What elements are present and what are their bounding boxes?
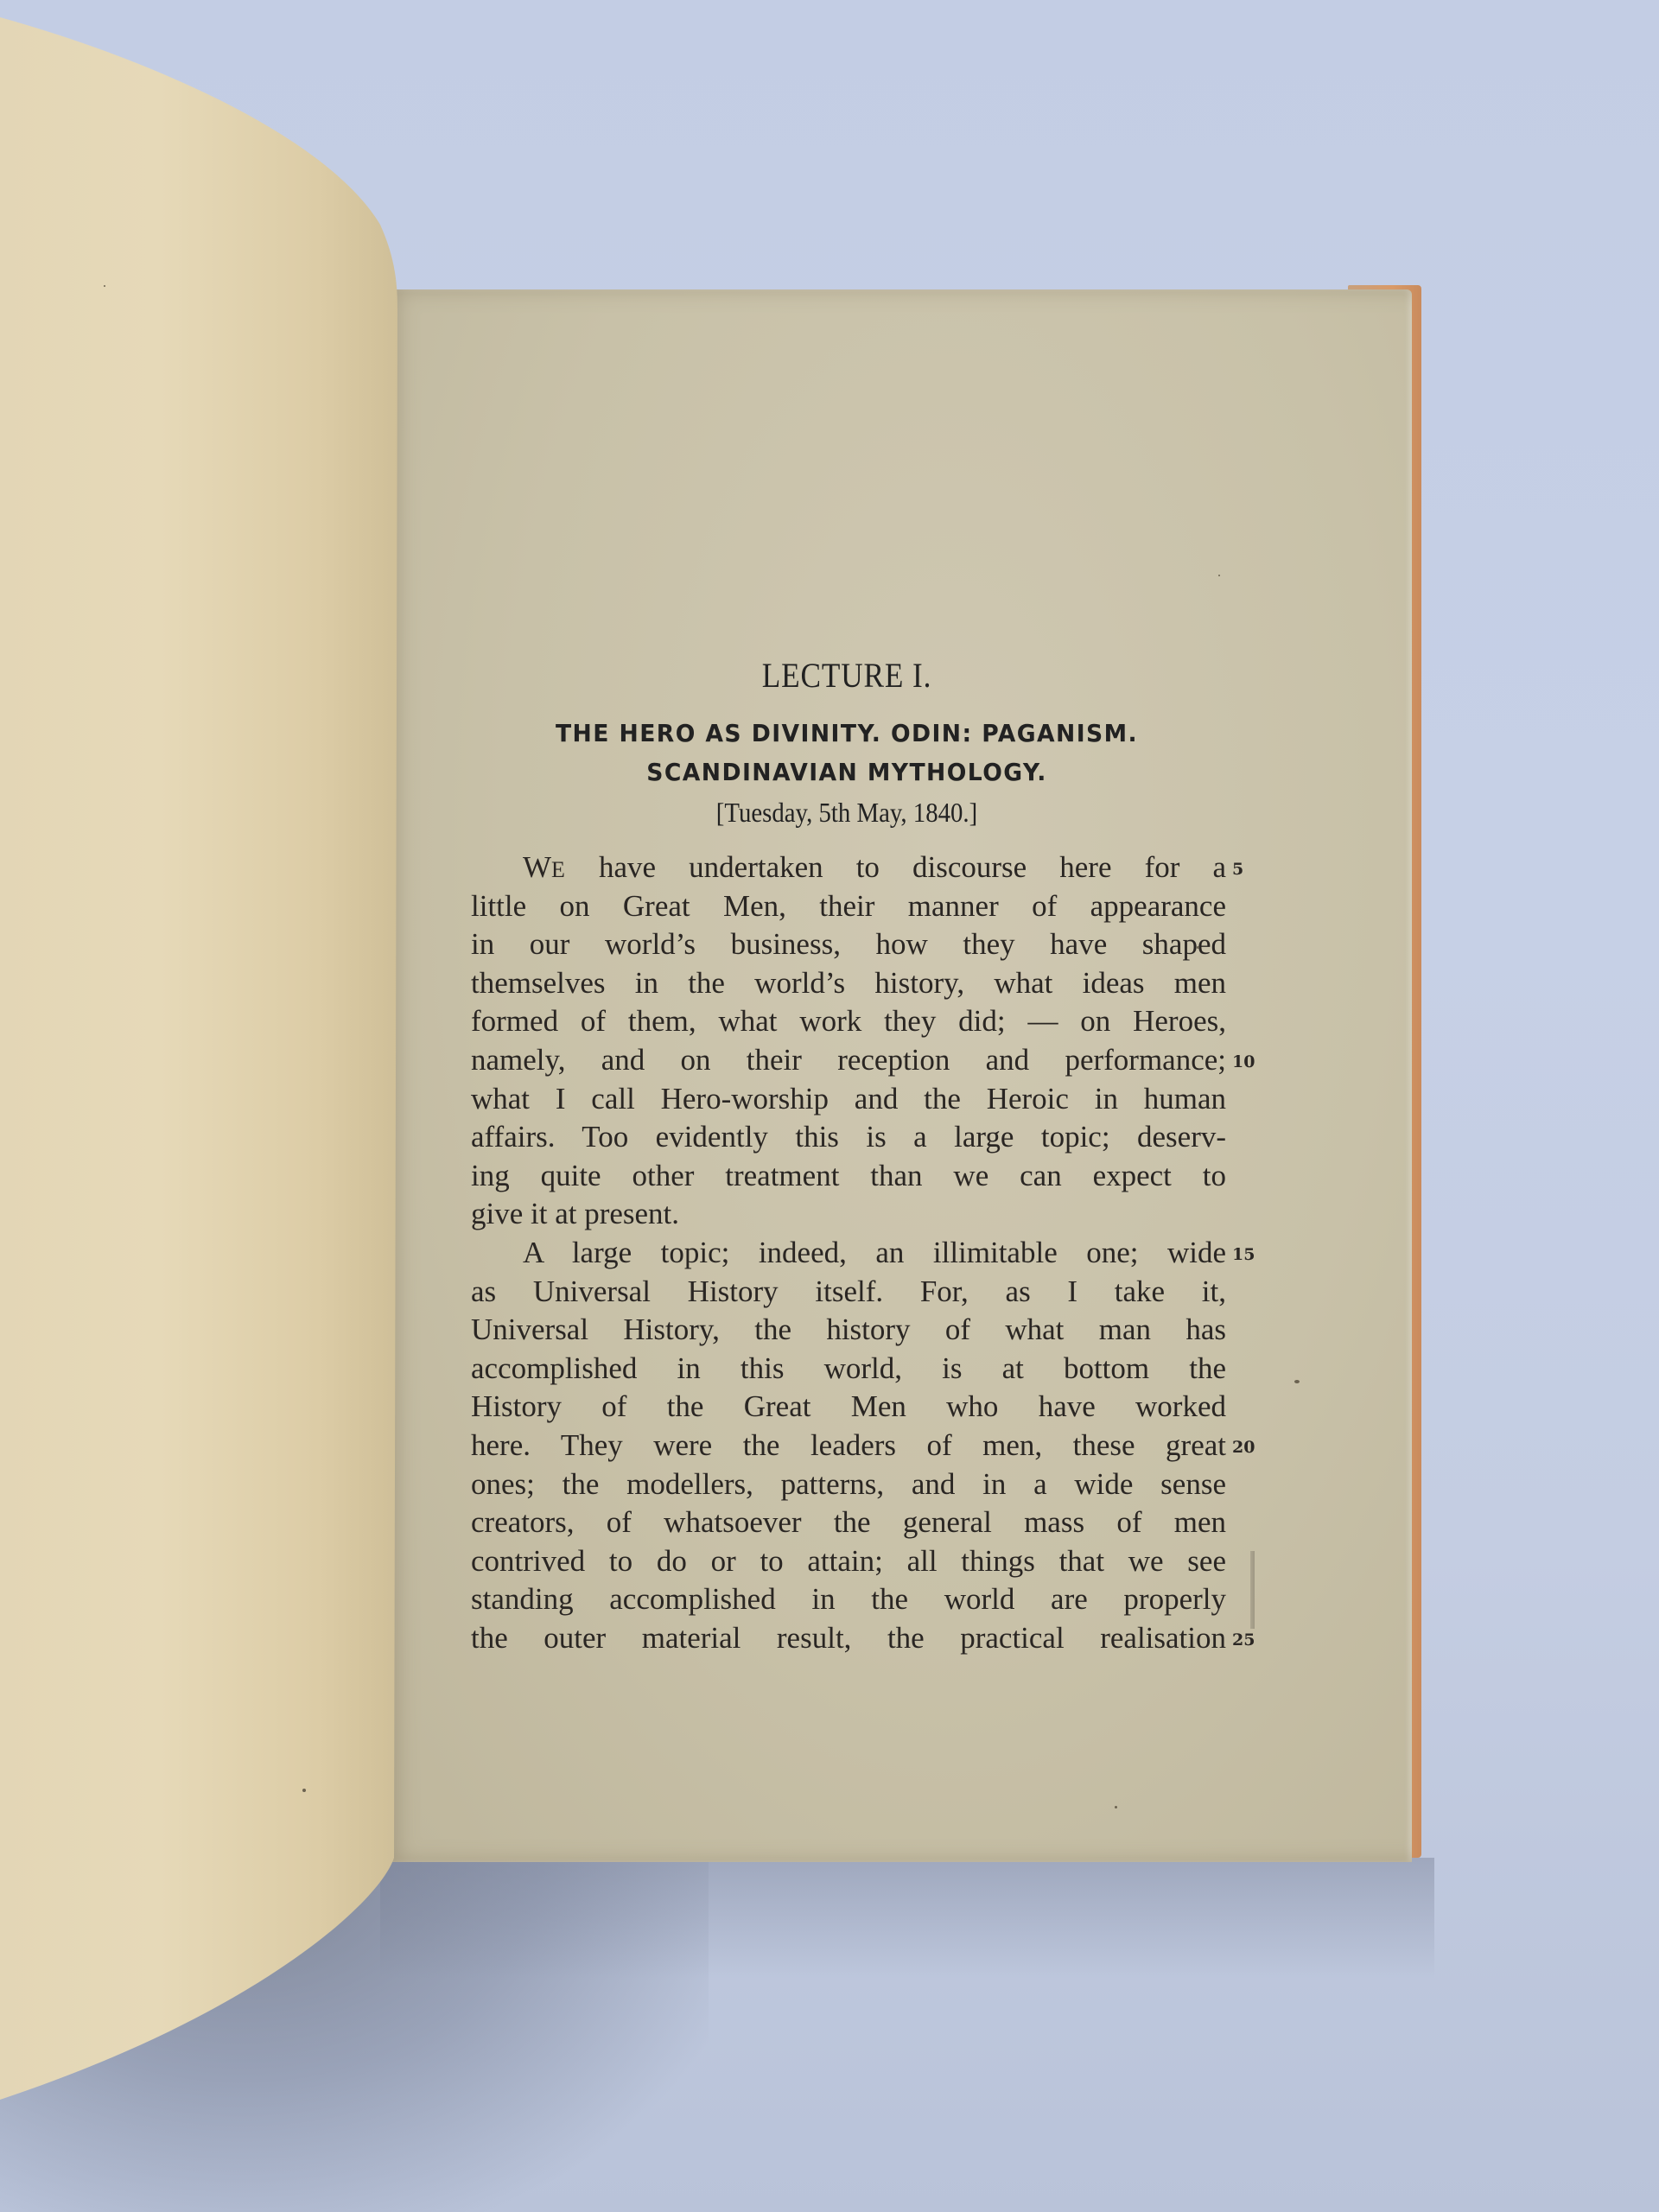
paper-speck: [104, 285, 105, 287]
paper-speck: [1218, 575, 1220, 576]
photo-scene: LECTURE I. THE HERO AS DIVINITY. ODIN: P…: [0, 0, 1659, 2212]
paper-speck: [1197, 946, 1199, 949]
body-line: the outer material result, the practical…: [471, 1619, 1226, 1657]
line-text: have undertaken to discourse here for a: [566, 850, 1226, 884]
small-cap-letters: E: [551, 857, 566, 882]
lecture-date: [Tuesday, 5th May, 1840.]: [497, 797, 1197, 829]
lecture-subtitle-line-1: THE HERO AS DIVINITY. ODIN: PAGANISM.: [478, 719, 1217, 747]
body-line: here. They were the leaders of men, thes…: [471, 1427, 1226, 1465]
body-line: namely, and on their reception and perfo…: [471, 1041, 1226, 1079]
line-number: 15: [1232, 1236, 1267, 1274]
paper-speck: [1115, 1806, 1117, 1808]
left-page-curled: [0, 0, 397, 2108]
body-line: give it at present.: [471, 1195, 1226, 1233]
body-line: what I call Hero-worship and the Heroic …: [471, 1080, 1226, 1118]
body-line: accomplished in this world, is at bottom…: [471, 1350, 1226, 1388]
body-line: themselves in the world’s history, what …: [471, 964, 1226, 1002]
right-page-shadow: [380, 1858, 1434, 1979]
body-line: as Universal History itself. For, as I t…: [471, 1273, 1226, 1311]
page-edge-mark: [1250, 1551, 1255, 1629]
line-number: 5: [1232, 850, 1267, 888]
body-line: contrived to do or to attain; all things…: [471, 1542, 1226, 1580]
body-line: ing quite other treatment than we can ex…: [471, 1157, 1226, 1195]
body-line: standing accomplished in the world are p…: [471, 1580, 1226, 1618]
line-number: 20: [1232, 1428, 1267, 1466]
body-line: Universal History, the history of what m…: [471, 1311, 1226, 1349]
line-number: 10: [1232, 1043, 1267, 1081]
body-line: creators, of whatsoever the general mass…: [471, 1503, 1226, 1541]
paper-speck: [302, 1789, 306, 1792]
body-line: A large topic; indeed, an illimitable on…: [523, 1234, 1226, 1272]
body-line: little on Great Men, their manner of app…: [471, 887, 1226, 925]
line-number: 25: [1232, 1621, 1267, 1659]
drop-initial: W: [523, 850, 551, 884]
lecture-subtitle-line-2: SCANDINAVIAN MYTHOLOGY.: [478, 758, 1217, 786]
paper-speck: [1294, 1380, 1300, 1383]
body-line: formed of them, what work they did; — on…: [471, 1002, 1226, 1040]
body-line: affairs. Too evidently this is a large t…: [471, 1118, 1226, 1156]
body-line: ones; the modellers, patterns, and in a …: [471, 1465, 1226, 1503]
body-line: History of the Great Men who have worked: [471, 1388, 1226, 1426]
lecture-title: LECTURE I.: [505, 655, 1189, 696]
body-line: in our world’s business, how they have s…: [471, 925, 1226, 963]
body-line: WE have undertaken to discourse here for…: [523, 849, 1226, 887]
